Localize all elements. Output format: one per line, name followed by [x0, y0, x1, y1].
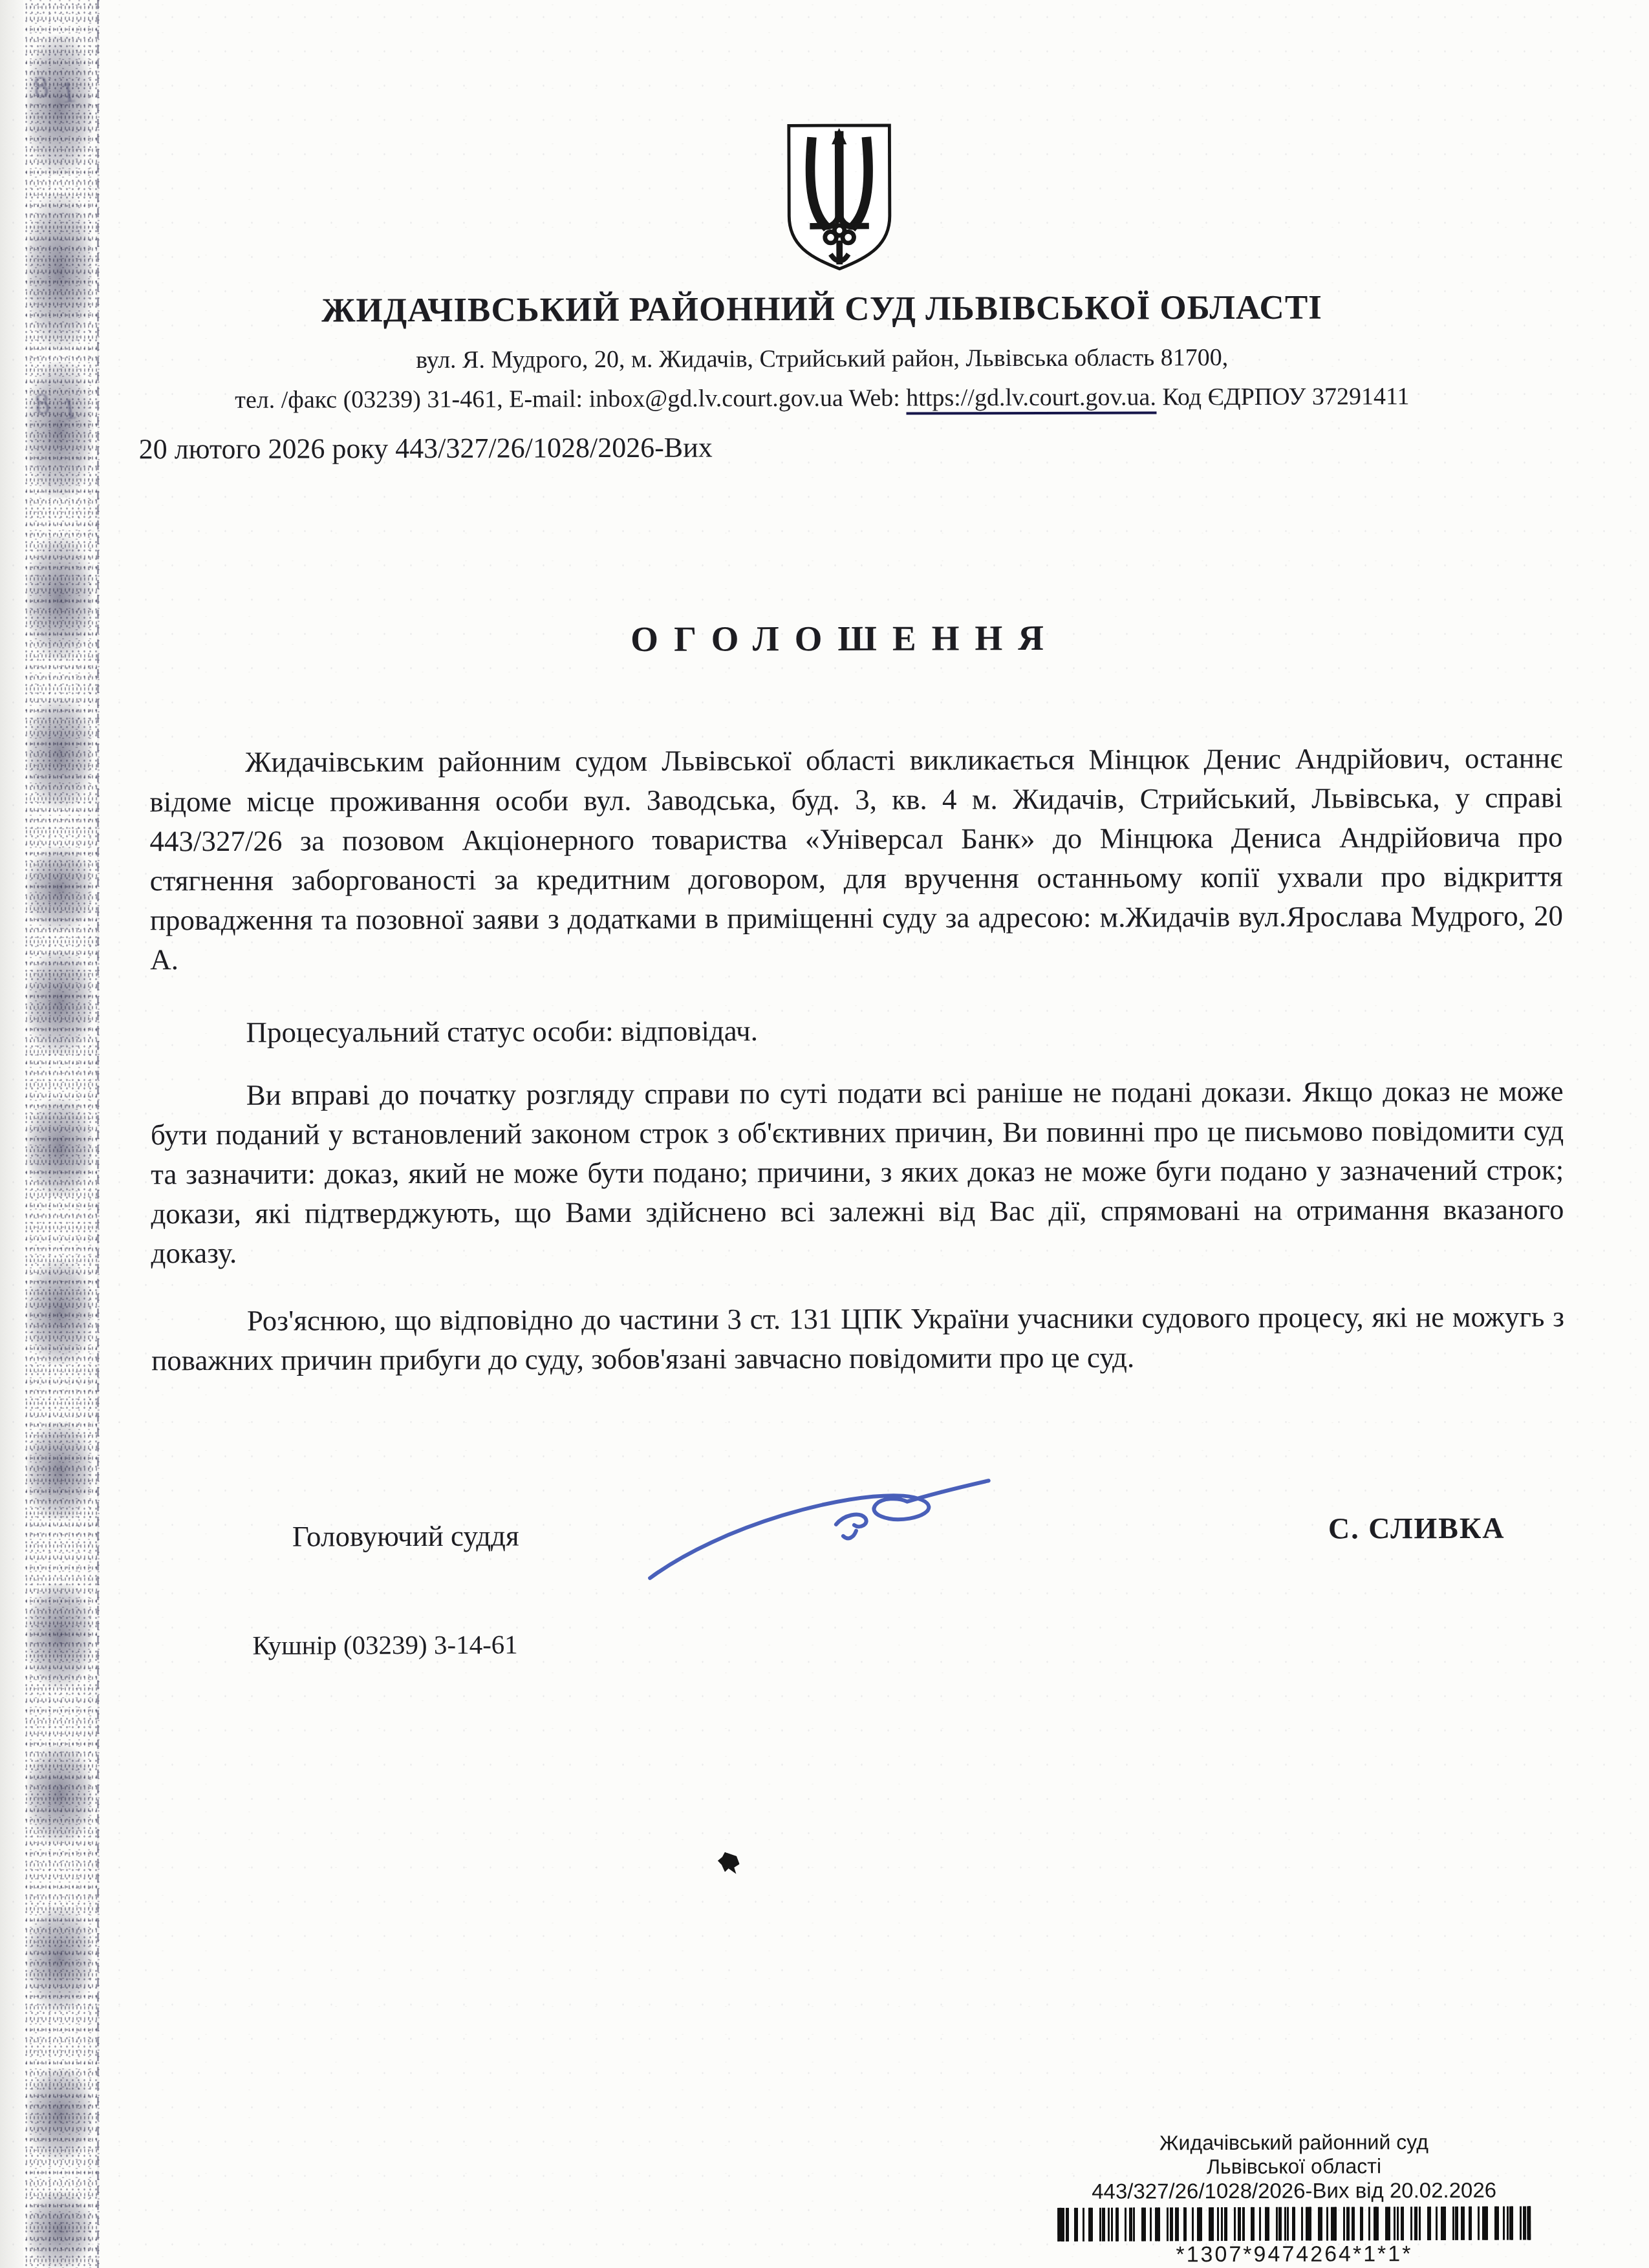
stamp-reference-number: 443/327/26/1028/2026-Вих від 20.02.2026	[1056, 2178, 1532, 2204]
notification-obligation-paragraph: Роз'яснюю, що відповідно до частини 3 ст…	[151, 1297, 1564, 1380]
barcode	[1057, 2207, 1531, 2241]
evidence-rights-paragraph: Ви вправі до початку розгляду справи по …	[151, 1071, 1564, 1273]
outgoing-date-reference: 20 лютого 2026 року 443/327/26/1028/2026…	[139, 431, 713, 466]
judge-signature-ink	[632, 1475, 998, 1592]
court-website-link: https://gd.lv.court.gov.ua.	[906, 383, 1156, 414]
court-name-heading: ЖИДАЧІВСЬКИЙ РАЙОННИЙ СУД ЛЬВІВСЬКОЇ ОБЛ…	[0, 287, 1646, 331]
scanned-court-document-page: 8 1 8 1	[0, 0, 1649, 2268]
clerk-contact-line: Кушнір (03239) 3-14-61	[252, 1629, 517, 1660]
contact-text: тел. /факс (03239) 31-461, E-mail: inbox…	[235, 385, 906, 414]
summons-paragraph: Жидачівським районним судом Львівської о…	[149, 738, 1563, 979]
edrpou-code: Код ЄДРПОУ 37291411	[1156, 383, 1410, 411]
document-content: ЖИДАЧІВСЬКИЙ РАЙОННИЙ СУД ЛЬВІВСЬКОЇ ОБЛ…	[0, 0, 1649, 2268]
document-body: Жидачівським районним судом Львівської о…	[149, 738, 1564, 1380]
ukraine-trident-emblem	[782, 120, 896, 275]
ink-blot-artifact	[715, 1851, 741, 1875]
document-title: ОГОЛОШЕННЯ	[20, 615, 1649, 661]
stamp-court-name: Жидачівський районний суд	[1056, 2130, 1532, 2156]
judge-role-label: Головуючий суддя	[292, 1519, 519, 1553]
court-contacts: тел. /факс (03239) 31-461, E-mail: inbox…	[0, 381, 1646, 415]
court-address: вул. Я. Мудрого, 20, м. Жидачів, Стрийсь…	[0, 342, 1646, 376]
stamp-court-region: Львівської області	[1056, 2154, 1532, 2179]
trident-icon	[782, 120, 896, 275]
registration-stamp: Жидачівський районний суд Львівської обл…	[1056, 2130, 1533, 2268]
procedural-status-paragraph: Процесуальний статус особи: відповідач.	[150, 1009, 1563, 1053]
barcode-label: *1307*9474264*1*1*	[1056, 2241, 1532, 2268]
judge-name: С. СЛИВКА	[1328, 1511, 1505, 1546]
